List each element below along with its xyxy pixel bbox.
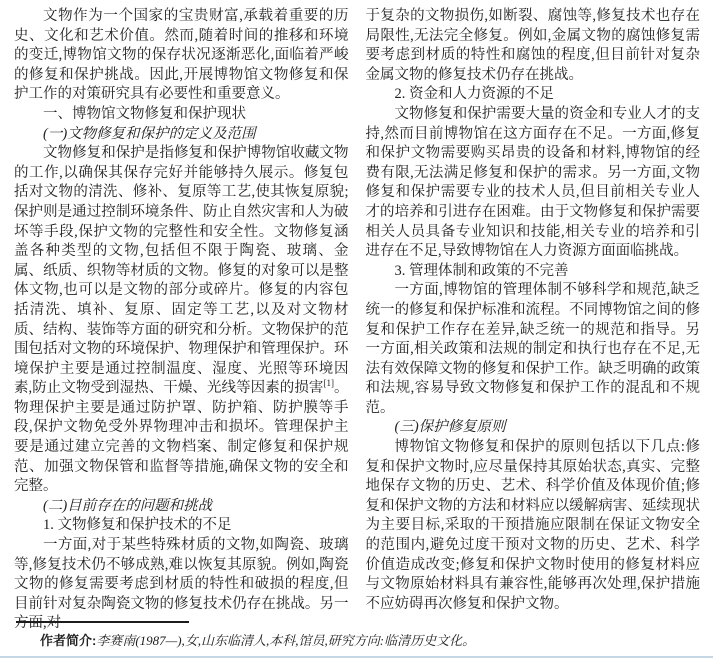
paragraph: 文物修复和保护是指修复和保护博物馆收藏文物的工作,以确保其保存完好并能够持久展示…	[14, 144, 349, 497]
left-column: 文物作为一个国家的宝贵财富,承载着重要的历史、文化和艺术价值。然而,随着时间的推…	[14, 7, 349, 634]
footnote-separator	[16, 621, 189, 623]
numbered-item-heading: 3. 管理体制和政策的不完善	[366, 262, 701, 282]
subsection-heading: (一)文物修复和保护的定义及范围	[14, 125, 349, 145]
paragraph: 文物修复和保护需要大量的资金和专业人才的支持,然而目前博物馆在这方面存在不足。一…	[366, 105, 701, 262]
footnote-area: 作者简介:李赛南(1987—),女,山东临清人,本科,馆员,研究方向:临清历史文…	[14, 615, 700, 649]
section-heading: 一、博物馆文物修复和保护现状	[14, 105, 349, 125]
paragraph-continuation: 于复杂的文物损伤,如断裂、腐蚀等,修复技术也存在局限性,无法完全修复。例如,金属…	[366, 7, 701, 85]
footnote-ref: [1]	[323, 378, 334, 388]
numbered-item-heading: 2. 资金和人力资源的不足	[366, 85, 701, 105]
subsection-heading: (三)保护修复原则	[366, 418, 701, 438]
paragraph-text: 文物修复和保护是指修复和保护博物馆收藏文物的工作,以确保其保存完好并能够持久展示…	[14, 145, 349, 396]
numbered-item-heading: 1. 文物修复和保护技术的不足	[14, 516, 349, 536]
paragraph: 文物作为一个国家的宝贵财富,承载着重要的历史、文化和艺术价值。然而,随着时间的推…	[14, 7, 349, 105]
author-bio: 作者简介:李赛南(1987—),女,山东临清人,本科,馆员,研究方向:临清历史文…	[14, 632, 700, 649]
paragraph: 博物馆文物修复和保护的原则包括以下几点:修复和保护文物时,应尽量保持其原始状态,…	[366, 438, 701, 614]
right-column: 于复杂的文物损伤,如断裂、腐蚀等,修复技术也存在局限性,无法完全修复。例如,金属…	[366, 7, 701, 634]
page-bottom-divider	[0, 656, 713, 658]
article-page: 文物作为一个国家的宝贵财富,承载着重要的历史、文化和艺术价值。然而,随着时间的推…	[0, 0, 713, 664]
author-bio-label: 作者简介:	[40, 633, 96, 648]
paragraph-text: 。物理保护主要是通过防护罩、防护箱、防护膜等手段,保护文物免受外界物理冲击和损坏…	[14, 380, 349, 494]
two-column-text-area: 文物作为一个国家的宝贵财富,承载着重要的历史、文化和艺术价值。然而,随着时间的推…	[14, 7, 700, 634]
author-bio-text: 李赛南(1987—),女,山东临清人,本科,馆员,研究方向:临清历史文化。	[96, 633, 475, 648]
paragraph: 一方面,博物馆的管理体制不够科学和规范,缺乏统一的修复和保护标准和流程。不同博物…	[366, 281, 701, 418]
subsection-heading: (二)目前存在的问题和挑战	[14, 497, 349, 517]
